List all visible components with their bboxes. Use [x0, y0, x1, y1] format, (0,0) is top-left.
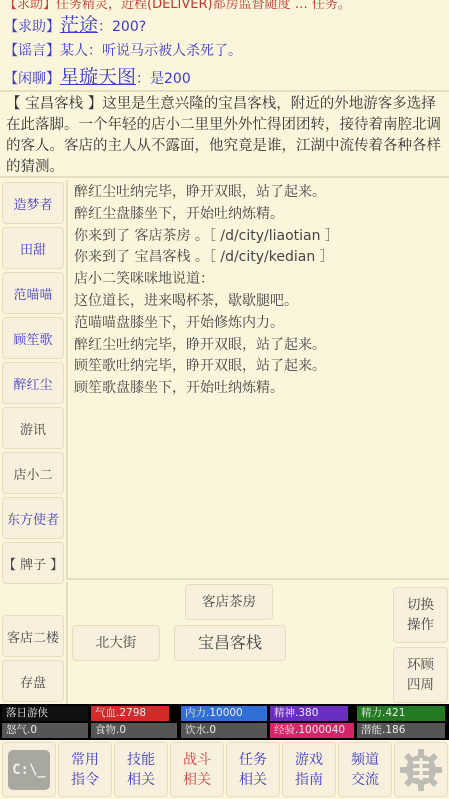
gear-icon — [398, 747, 444, 793]
save-button[interactable]: 存盘 — [2, 660, 64, 702]
stat-experience: 经验.1000040 — [270, 723, 354, 738]
menu-label: 交流 — [351, 770, 379, 790]
entity-button[interactable]: 顾笙歌 — [2, 317, 64, 359]
log-line: 范喵喵盘膝坐下，开始修炼内力。 — [74, 313, 443, 335]
exit-button-upstairs[interactable]: 客店二楼 — [2, 615, 64, 657]
chat-channel-tag: 【求助】 — [4, 19, 60, 35]
switch-operation-button[interactable]: 切换 操作 — [393, 587, 448, 643]
menu-label: 技能 — [127, 750, 155, 770]
player-title: 落日游侠 — [2, 706, 88, 721]
menu-combat[interactable]: 战斗 相关 — [170, 742, 224, 797]
log-line: 顾笙歌盘膝坐下，开始吐纳炼精。 — [74, 378, 443, 400]
menu-label: 常用 — [71, 750, 99, 770]
stat-spirit: 精神.380 — [270, 706, 348, 721]
chat-line: 【闲聊】星璇天图：是200 — [4, 62, 191, 88]
entity-button[interactable]: 范喵喵 — [2, 272, 64, 314]
log-line: 醉红尘吐纳完毕，睁开双眼，站了起来。 — [74, 335, 443, 357]
stat-rage: 怒气.0 — [2, 723, 88, 738]
entity-button[interactable]: 【 牌子 】 — [2, 542, 64, 584]
menu-label: 指令 — [71, 770, 99, 790]
chat-panel: 【求助】任务精灵，近程(DELIVER)都房监督随度 … 任务。 【求助】茫途：… — [0, 0, 449, 88]
menu-quests[interactable]: 任务 相关 — [226, 742, 280, 797]
log-line: 这位道长，进来喝杯茶，歇歇腿吧。 — [74, 291, 443, 313]
chat-channel-tag: 【闲聊】 — [4, 71, 60, 87]
entity-button[interactable]: 店小二 — [2, 452, 64, 494]
entity-button[interactable]: 醉红尘 — [2, 362, 64, 404]
entity-button[interactable]: 东方使者 — [2, 497, 64, 539]
menu-label: 战斗 — [183, 750, 211, 770]
look-around-button[interactable]: 环顾 四周 — [393, 647, 448, 703]
menu-label: 指南 — [295, 770, 323, 790]
menu-label: 相关 — [183, 770, 211, 790]
chat-line: 【求助】茫途：200? — [4, 10, 146, 37]
menu-label: 相关 — [239, 770, 267, 790]
current-room-button[interactable]: 宝昌客栈 — [174, 625, 286, 661]
status-bar: 落日游侠 气血.2798 内力.10000 精神.380 精力.421 怒气.0… — [0, 704, 449, 740]
log-line: 你来到了 宝昌客栈 。［ /d/city/kedian ］ — [74, 247, 443, 269]
menu-game-guide[interactable]: 游戏 指南 — [282, 742, 336, 797]
terminal-icon: C:\_ — [8, 750, 50, 790]
stat-food: 食物.0 — [91, 723, 177, 738]
exit-navigation: 客店茶房 北大街 宝昌客栈 切换 操作 环顾 四周 — [66, 582, 449, 704]
log-line: 醉红尘吐纳完毕，睁开双眼，站了起来。 — [74, 182, 443, 204]
stat-internal-force: 内力.10000 — [181, 706, 267, 721]
exit-button-north[interactable]: 客店茶房 — [185, 584, 273, 620]
chat-channel-tag: 【谣言】 — [4, 43, 60, 59]
log-line: 店小二笑咪咪地说道： — [74, 269, 443, 291]
menu-label: 任务 — [239, 750, 267, 770]
entity-button[interactable]: 造梦者 — [2, 182, 64, 224]
command-line-button[interactable]: C:\_ — [2, 742, 56, 797]
stat-water: 饮水.0 — [181, 723, 267, 738]
bottom-menu: C:\_ 常用 指令 技能 相关 战斗 相关 任务 相关 游戏 指南 频道 交流 — [0, 740, 449, 799]
entity-button[interactable]: 游讯 — [2, 407, 64, 449]
stat-potential: 潜能.186 — [357, 723, 445, 738]
menu-skills[interactable]: 技能 相关 — [114, 742, 168, 797]
log-line: 顾笙歌吐纳完毕，睁开双眼，站了起来。 — [74, 356, 443, 378]
log-line: 你来到了 客店茶房 。［ /d/city/liaotian ］ — [74, 226, 443, 248]
stat-energy: 精力.421 — [357, 706, 445, 721]
menu-channels[interactable]: 频道 交流 — [338, 742, 392, 797]
log-line: 醉红尘盘膝坐下，开始吐纳炼精。 — [74, 204, 443, 226]
chat-player-link[interactable]: 茫途 — [60, 14, 98, 36]
exit-button-west[interactable]: 北大街 — [72, 625, 160, 661]
stat-hp: 气血.2798 — [91, 706, 169, 721]
menu-label: 频道 — [351, 750, 379, 770]
message-log: 醉红尘吐纳完毕，睁开双眼，站了起来。 醉红尘盘膝坐下，开始吐纳炼精。 你来到了 … — [66, 180, 449, 580]
settings-button[interactable] — [394, 742, 448, 797]
entity-button[interactable]: 田甜 — [2, 227, 64, 269]
chat-line: 【谣言】某人：听说马示被人杀死了。 — [4, 40, 242, 60]
chat-message: 某人：听说马示被人杀死了。 — [60, 43, 242, 59]
menu-common-commands[interactable]: 常用 指令 — [58, 742, 112, 797]
chat-message: ：是200 — [136, 71, 191, 87]
room-description: 【 宝昌客栈 】这里是生意兴隆的宝昌客栈，附近的外地游客多选择在此落脚。一个年轻… — [0, 90, 449, 178]
menu-label: 游戏 — [295, 750, 323, 770]
chat-message: ：200? — [98, 19, 146, 35]
menu-label: 相关 — [127, 770, 155, 790]
chat-player-link[interactable]: 星璇天图 — [60, 66, 136, 88]
